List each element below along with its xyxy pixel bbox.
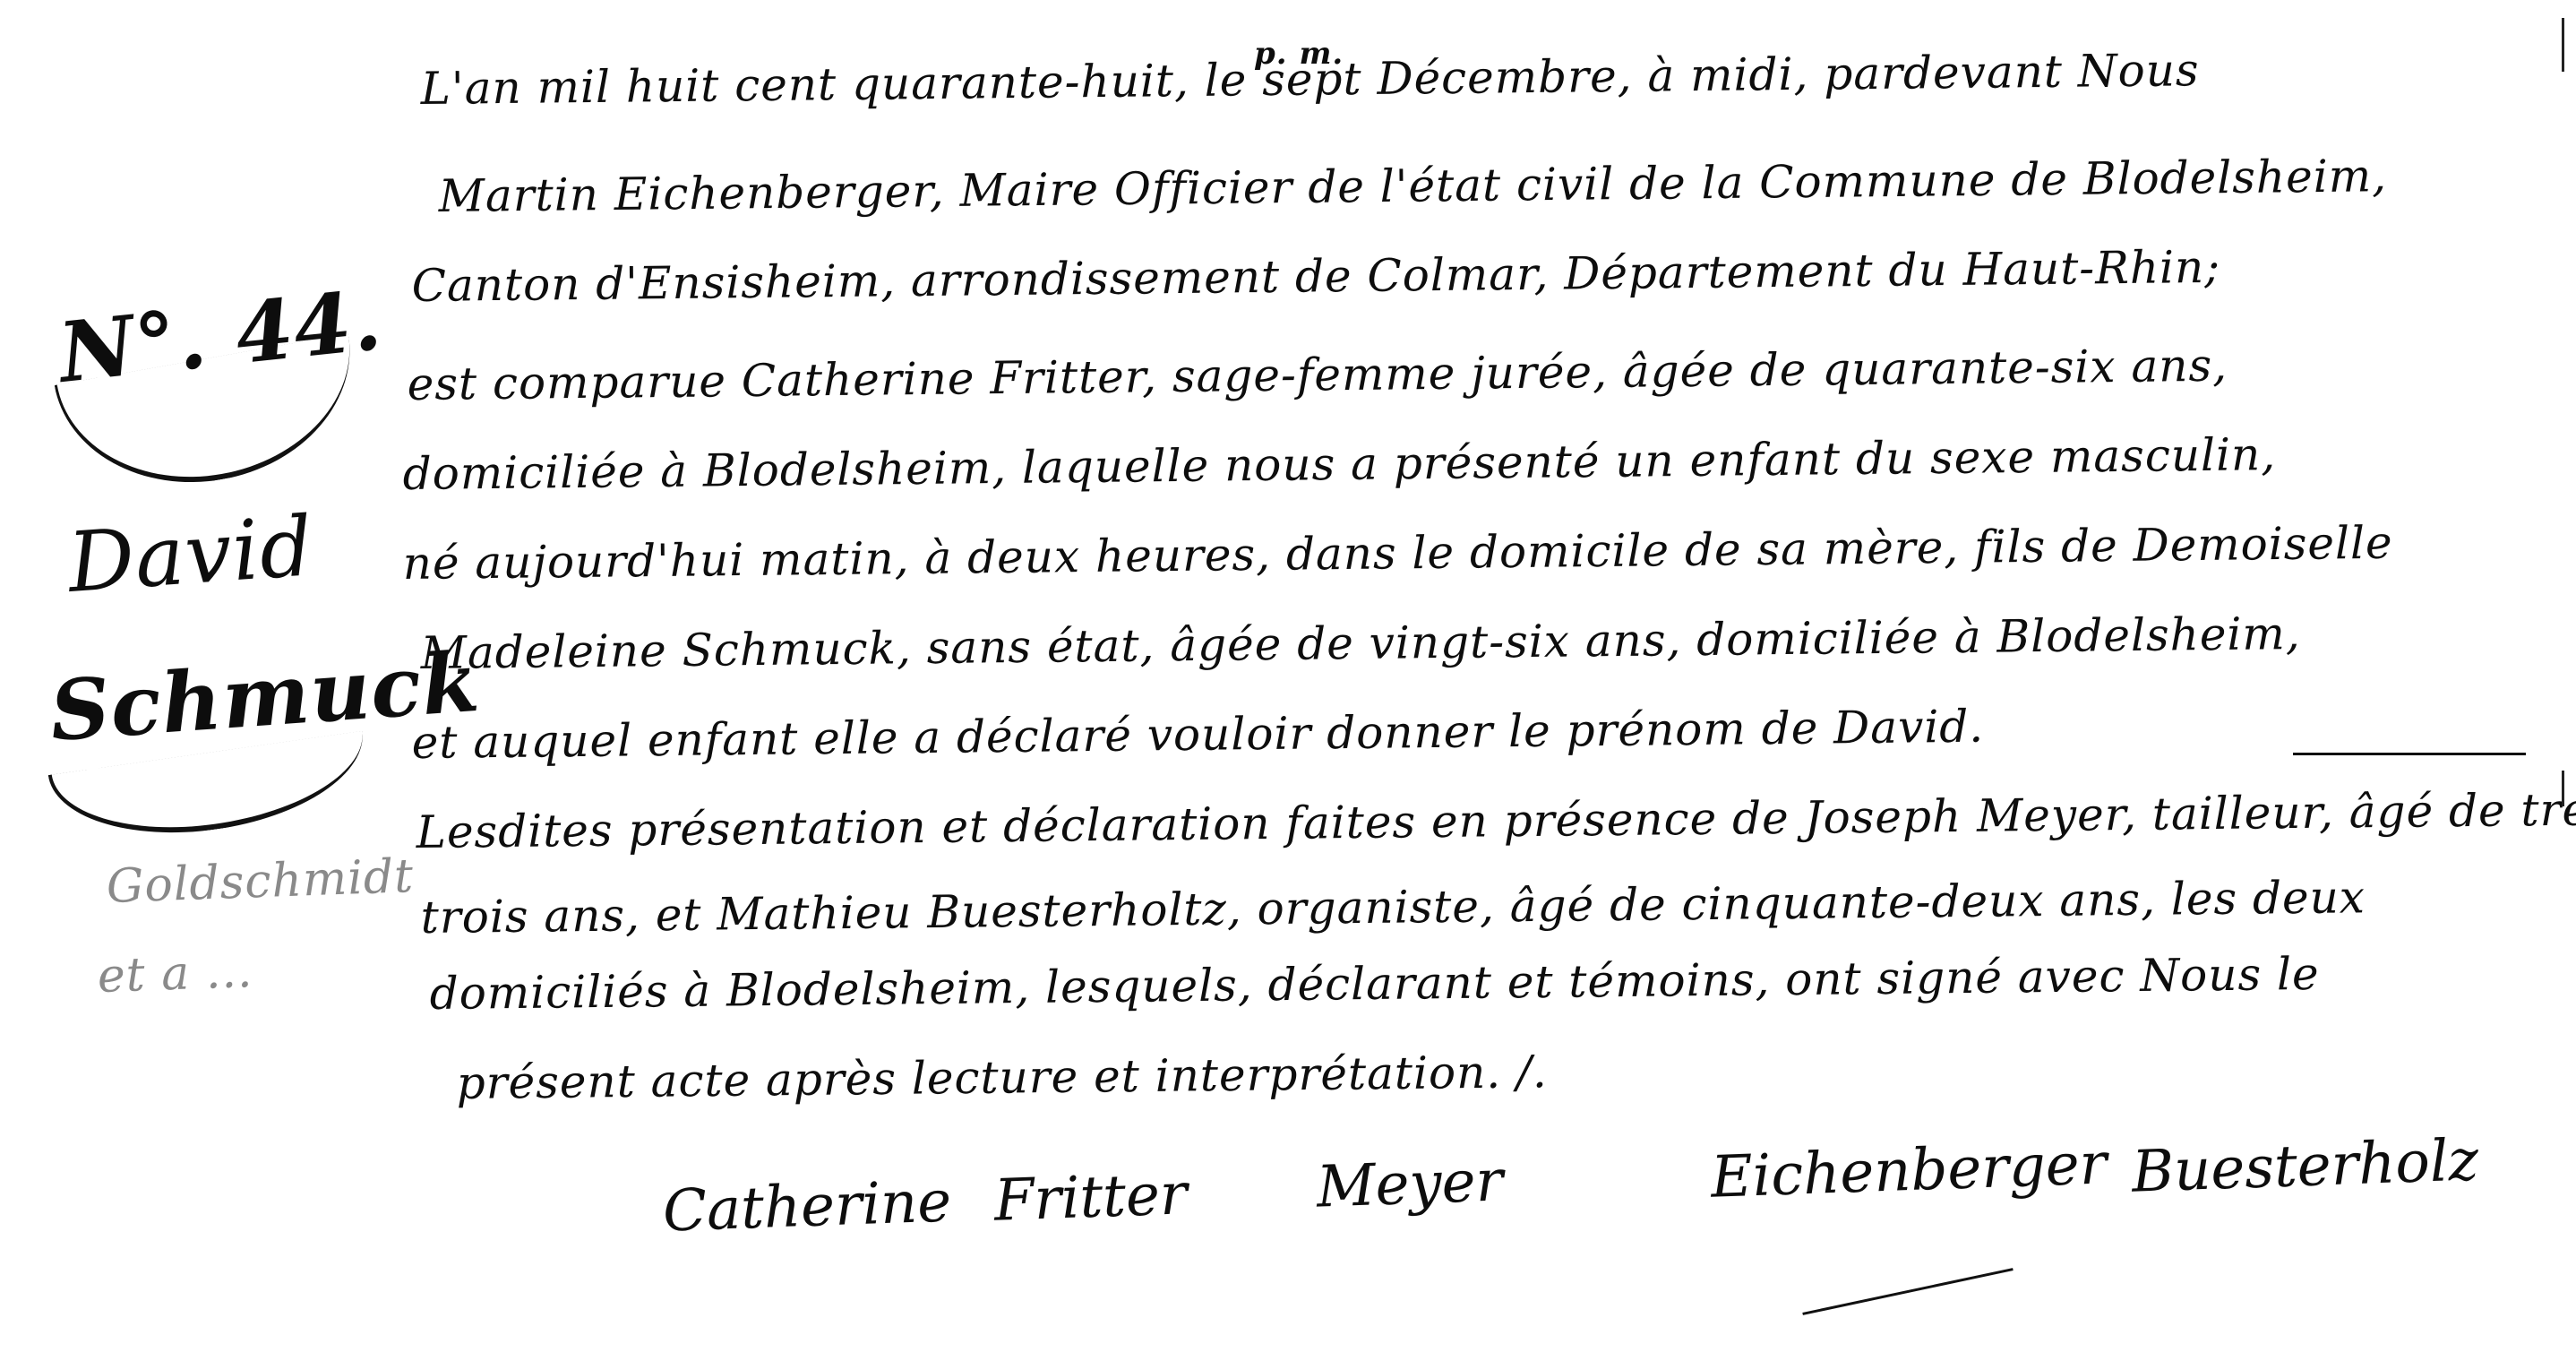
margin-faint-note-line-2: et a ... [97,944,253,1004]
margin-child-first-name: David [65,498,317,611]
body-line-10: trois ans, et Mathieu Buesterholtz, orga… [420,871,2366,943]
signature-catherine: Catherine [662,1168,952,1245]
signature-meyer: Meyer [1316,1148,1504,1220]
body-line-4: est comparue Catherine Fritter, sage-fem… [407,340,2228,410]
body-line-6: né aujourd'hui matin, à deux heures, dan… [402,517,2392,590]
scan-edge-mark [2562,771,2564,806]
body-line-1: L'an mil huit cent quarante-huit, le sep… [420,44,2199,115]
body-line-7: Madeleine Schmuck, sans état, âgée de vi… [420,607,2301,679]
body-line-11: domiciliés à Blodelsheim, lesquels, décl… [429,948,2319,1020]
body-line-5: domiciliée à Blodelsheim, laquelle nous … [402,428,2276,500]
body-line-2: Martin Eichenberger, Maire Officier de l… [438,150,2387,222]
signature-eichenberger: Eichenberger [1710,1131,2108,1210]
line-end-flourish [2293,753,2526,755]
body-line-9: Lesdites présentation et déclaration fai… [416,783,2576,858]
signature-fritter: Fritter [993,1161,1189,1234]
scan-edge-mark [2562,18,2564,72]
body-line-8: et auquel enfant elle a déclaré vouloir … [411,701,1984,769]
document-page: p. m. N°. 44. David Schmuck Goldschmidt … [0,0,2576,1361]
signature-underline-flourish [1802,1268,2013,1315]
margin-faint-note-line-1: Goldschmidt [106,849,415,914]
signature-buesterholz: Buesterholz [2131,1127,2479,1205]
body-line-12: présent acte après lecture et interpréta… [456,1046,1548,1109]
body-line-3: Canton d'Ensisheim, arrondissement de Co… [411,241,2220,312]
